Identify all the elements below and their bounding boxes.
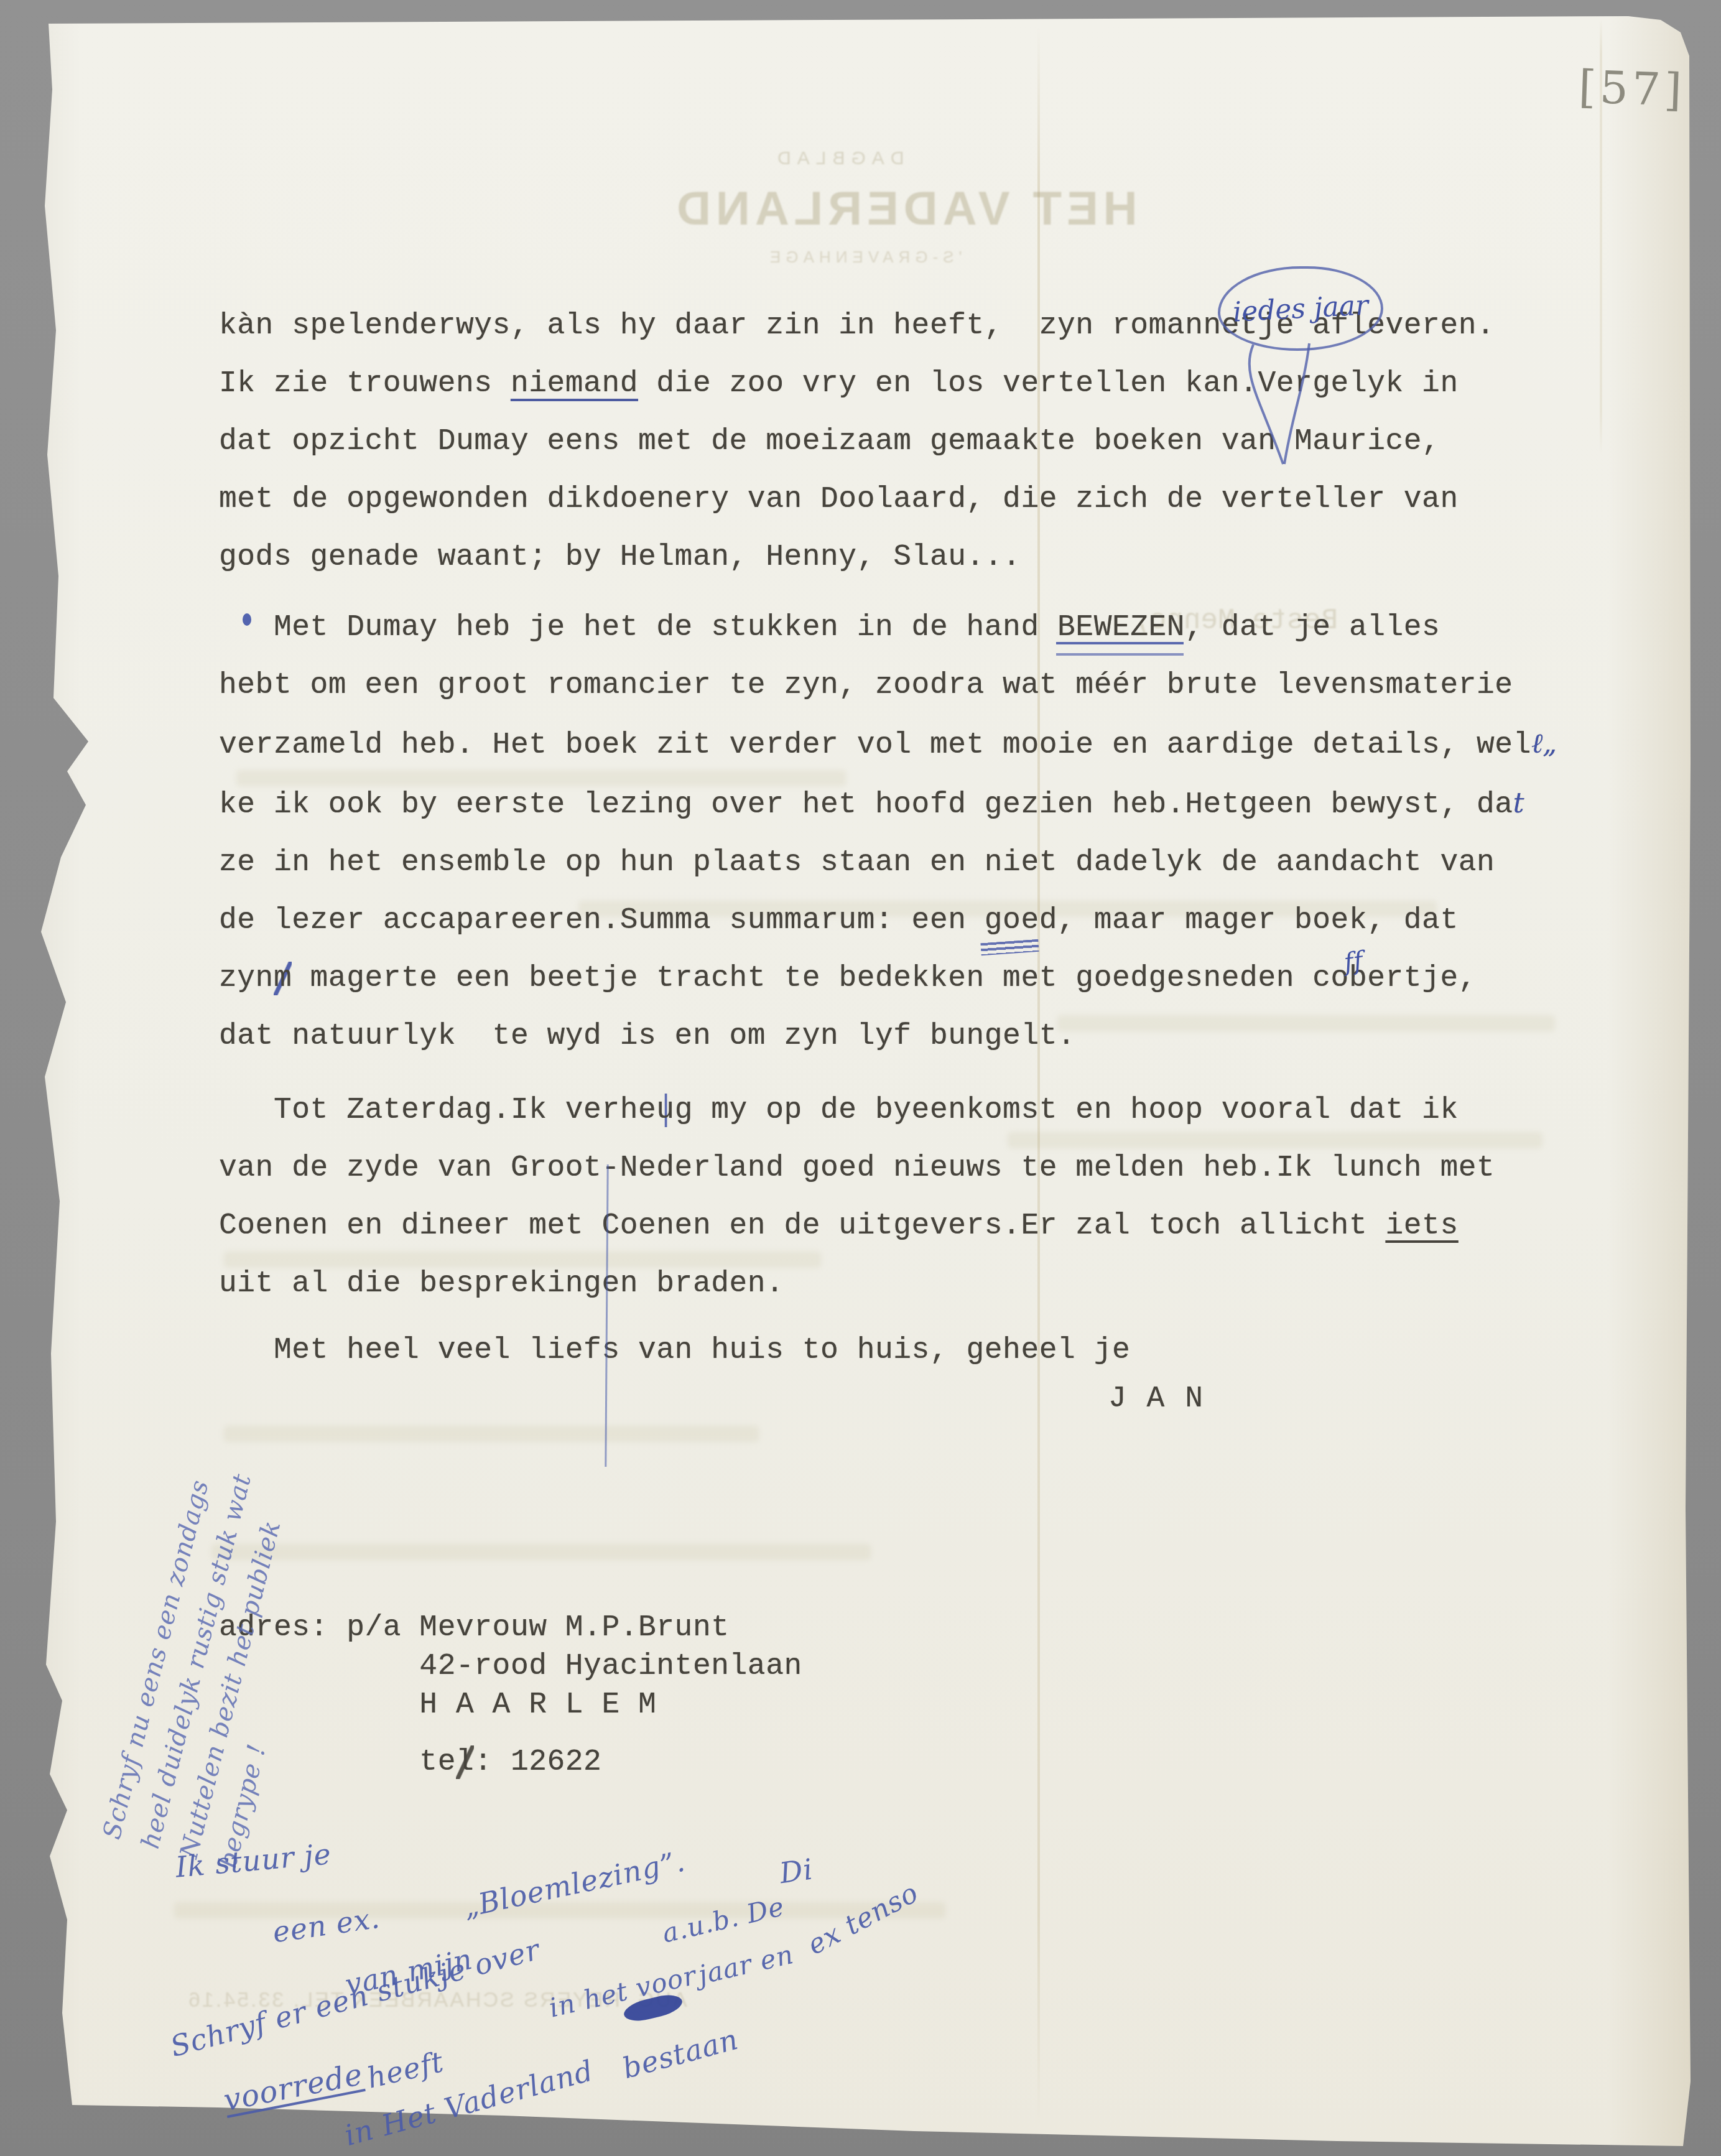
letter-line: hebt om een groot romancier te zyn, zood… <box>219 657 1557 715</box>
letter-line: gods genade waant; by Helman, Henny, Sla… <box>219 529 1557 587</box>
balloon-annotation: iedes jaar <box>1218 266 1383 351</box>
bleed-letterhead-dagblad: DAGBLAD <box>771 148 904 169</box>
letter-line: dat natuurlyk te wyd is en om zyn lyf bu… <box>219 1008 1557 1066</box>
ink-splotch <box>243 613 251 626</box>
balloon-annotation-text: iedes jaar <box>1232 289 1369 328</box>
letter-line: Tot Zaterdag.Ik verheug my op de byeenko… <box>219 1082 1557 1140</box>
scanned-letter-page: DAGBLAD HET VADERLAND 'S-GRAVENHAGE Best… <box>0 0 1721 2156</box>
letter-line: ze in het ensemble op hun plaats staan e… <box>219 834 1557 892</box>
letter-line: ke ik ook by eerste lezing over het hoof… <box>219 774 1557 834</box>
letter-line: Ik zie trouwens niemand die zoo vry en l… <box>219 355 1557 413</box>
bleed-strip <box>224 1426 759 1442</box>
letter-line: dat opzicht Dumay eens met de moeizaam g… <box>219 413 1557 471</box>
letter-line: Coenen en dineer met Coenen en de uitgev… <box>219 1197 1557 1255</box>
letter-line: tel: 12622 <box>219 1743 802 1782</box>
letter-line: uit al die besprekingen braden. <box>219 1255 1557 1313</box>
letter-line: verzameld heb. Het boek zit verder vol m… <box>219 715 1557 774</box>
balloon-tail-stroke <box>1235 342 1334 473</box>
signature: J A N <box>1108 1382 1204 1416</box>
bleed-letterhead-het-vaderland: HET VADERLAND <box>672 182 1138 236</box>
address-block: adres: p/a Mevrouw M.P.Brunt 42-rood Hya… <box>219 1609 802 1782</box>
page-number-note: [57] <box>1578 60 1687 116</box>
letter-line: H A A R L E M <box>219 1686 802 1724</box>
letter-line: zynm magerte een beetje tracht te bedekk… <box>219 950 1557 1008</box>
letter-line: van de zyde van Groot-Nederland goed nie… <box>219 1140 1557 1197</box>
letter-line: Met heel veel liefs van huis to huis, ge… <box>219 1322 1557 1380</box>
letter-line: Met Dumay heb je het de stukken in de ha… <box>219 599 1557 657</box>
letter-line: 42-rood Hyacintenlaan <box>219 1647 802 1686</box>
letter-body: kàn spelenderwys, als hy daar zin in hee… <box>219 297 1557 1380</box>
bleed-letterhead-gravenhage: 'S-GRAVENHAGE <box>765 248 962 267</box>
handwritten-note: Di <box>777 1852 815 1890</box>
letter-line: met de opgewonden dikdoenery van Doolaar… <box>219 471 1557 529</box>
